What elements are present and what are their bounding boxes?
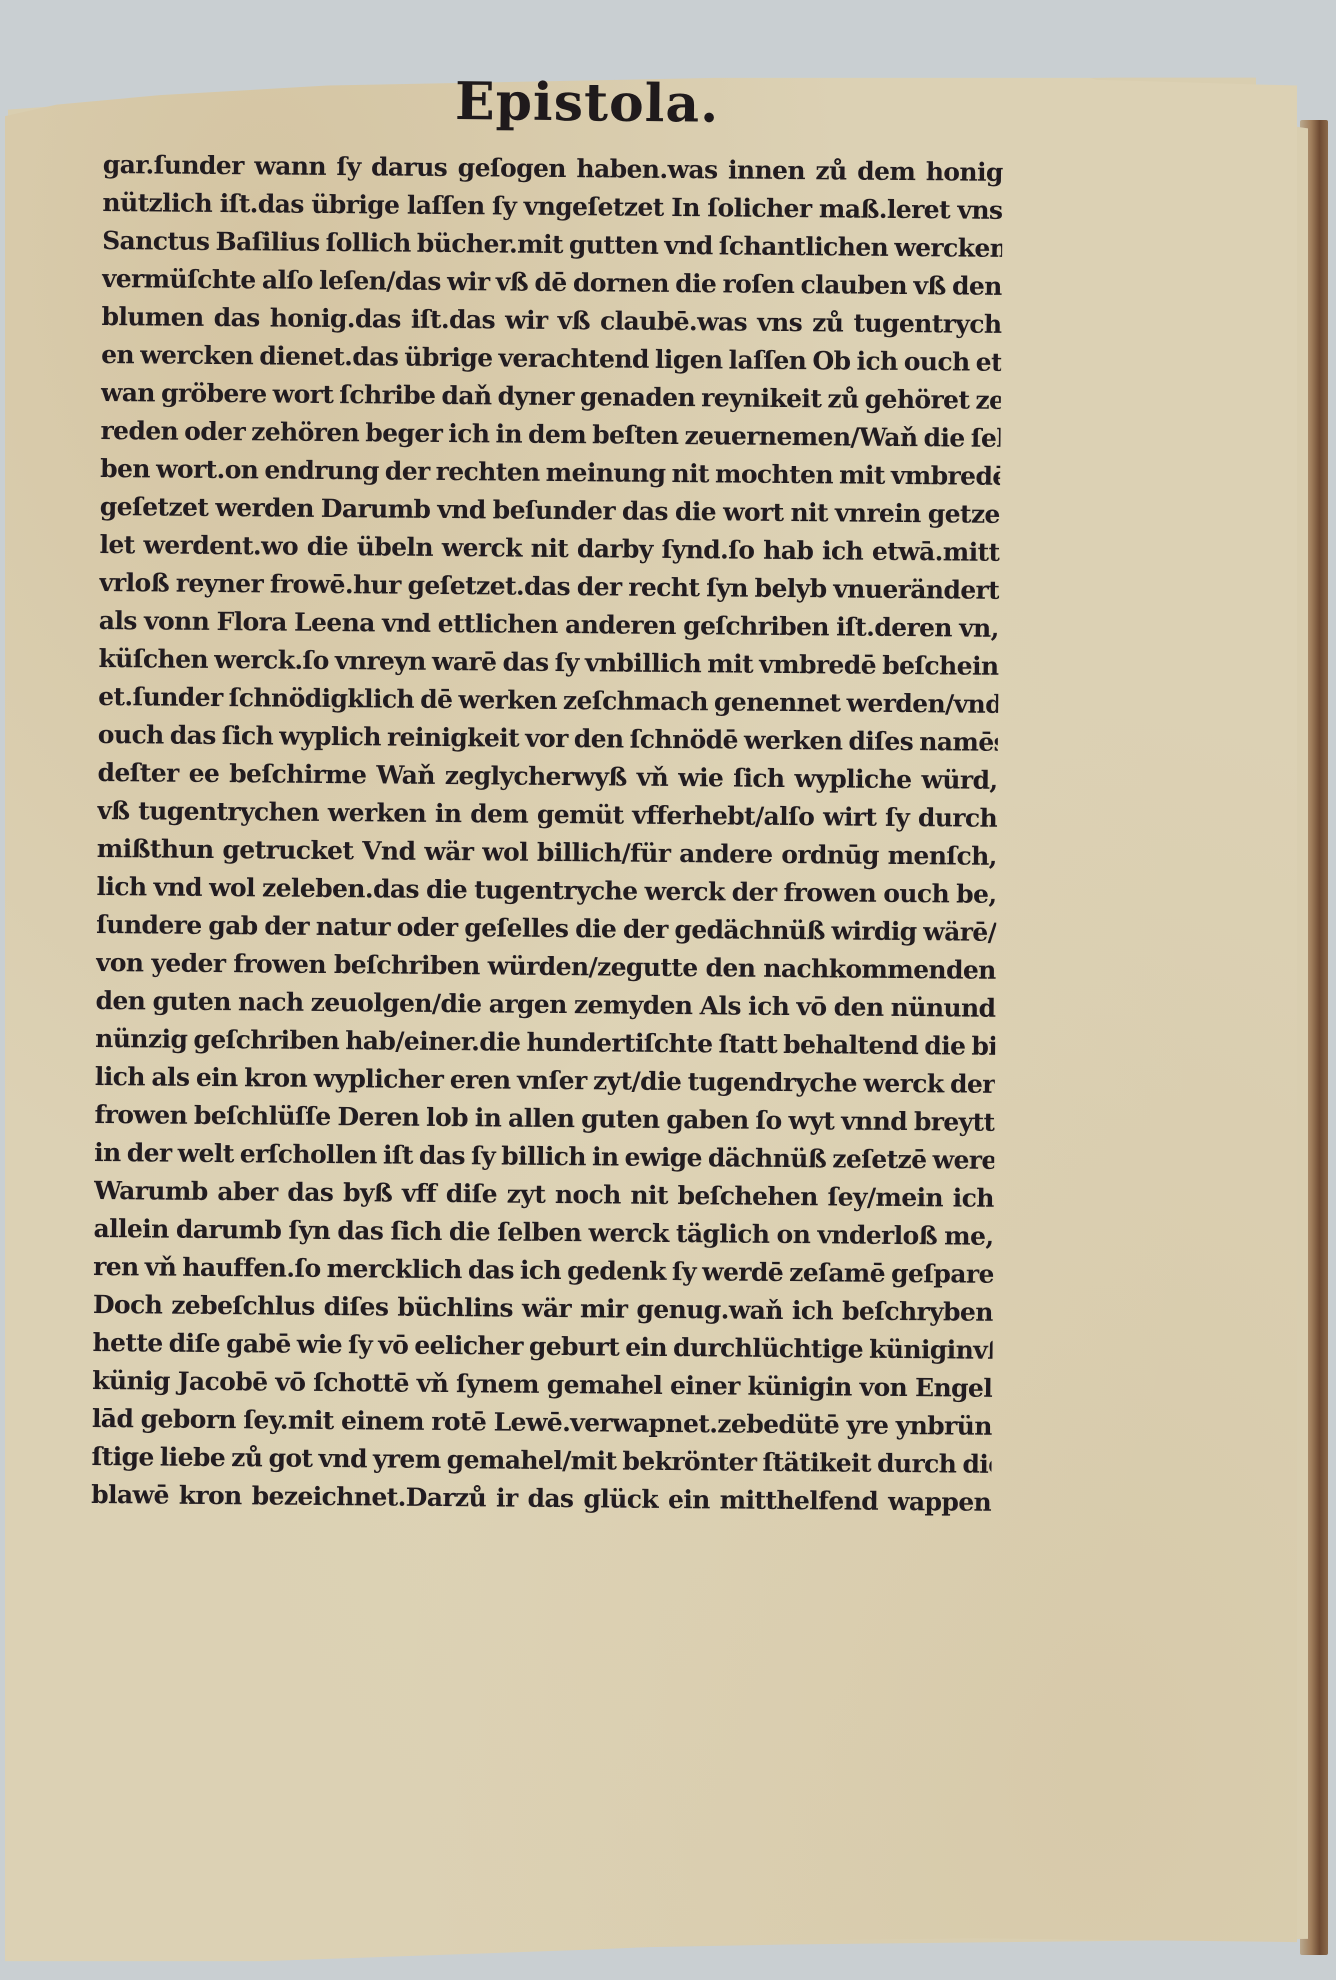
body-text: gar.ſunder wann ſy darus geſogen haben.w… (91, 146, 1003, 1522)
text-line: blawē kron bezeichnet.Darzů ir das glück… (91, 1476, 991, 1522)
page-title: Epistola. (455, 71, 656, 134)
